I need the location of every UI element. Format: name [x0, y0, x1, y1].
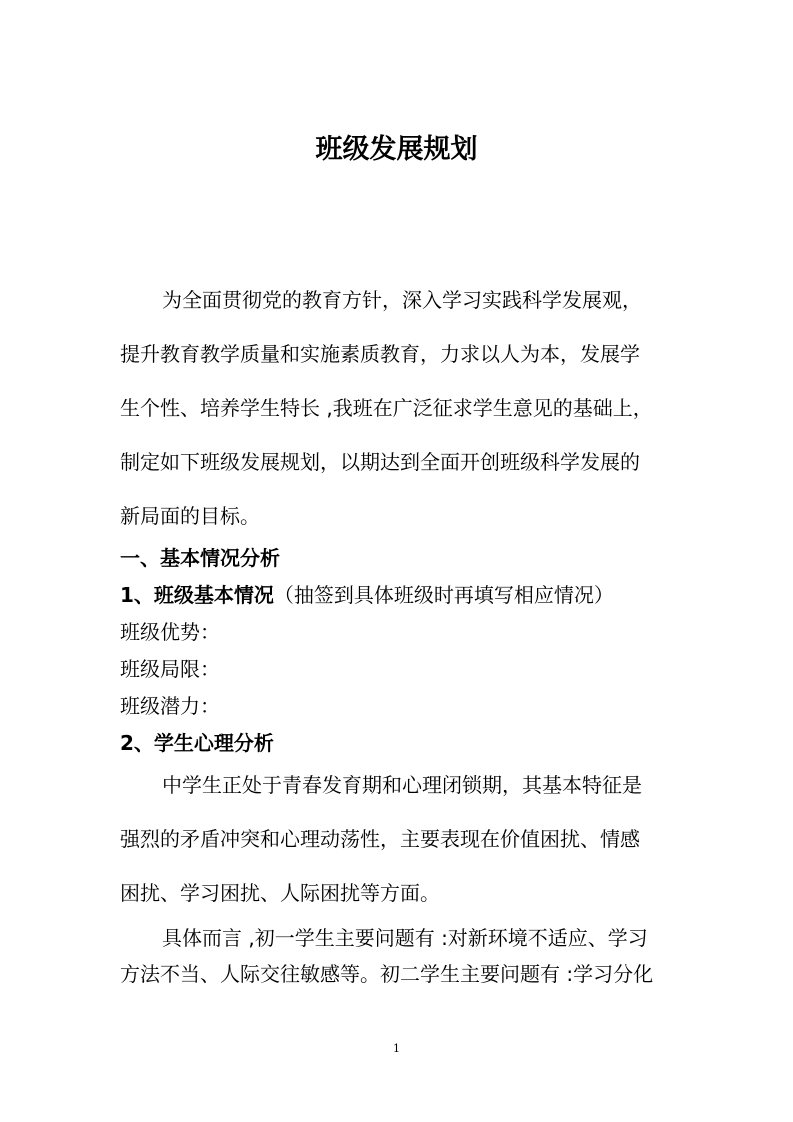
- document-page: 班级发展规划 为全面贯彻党的教育方针，深入学习实践科学发展观， 提升教育教学质量…: [0, 0, 793, 1122]
- field-class-limitations: 班级局限：: [120, 655, 680, 683]
- subheading-student-psychology: 2、学生心理分析: [120, 729, 680, 757]
- subheading-class-basics: 1、班级基本情况（抽签到具体班级时再填写相应情况）: [120, 581, 680, 609]
- detail-line-2: 方法不当、人际交往敏感等。初二学生主要问题有 :学习分化: [120, 960, 680, 988]
- intro-line-2: 提升教育教学质量和实施素质教育，力求以人为本，发展学: [120, 340, 680, 368]
- subheading-class-basics-note: （抽签到具体班级时再填写相应情况）: [274, 583, 614, 607]
- intro-line-3: 生个性、培养学生特长 ,我班在广泛征求学生意见的基础上，: [120, 394, 680, 422]
- field-class-strengths: 班级优势：: [120, 618, 680, 646]
- section-heading-basic-analysis: 一、基本情况分析: [120, 544, 680, 572]
- psych-line-3: 困扰、学习困扰、人际困扰等方面。: [120, 879, 680, 907]
- document-title: 班级发展规划: [0, 130, 793, 170]
- subheading-class-basics-label: 1、班级基本情况: [120, 583, 274, 607]
- field-class-potential: 班级潜力：: [120, 692, 680, 720]
- psych-line-2: 强烈的矛盾冲突和心理动荡性，主要表现在价值困扰、情感: [120, 825, 680, 853]
- psych-line-1: 中学生正处于青春发育期和心理闭锁期，其基本特征是: [162, 771, 722, 799]
- intro-line-4: 制定如下班级发展规划，以期达到全面开创班级科学发展的: [120, 448, 680, 476]
- detail-line-1: 具体而言 ,初一学生主要问题有 :对新环境不适应、学习: [162, 924, 722, 952]
- page-number: 1: [0, 1042, 793, 1056]
- intro-line-5: 新局面的目标。: [120, 502, 680, 530]
- intro-line-1: 为全面贯彻党的教育方针，深入学习实践科学发展观，: [162, 286, 722, 314]
